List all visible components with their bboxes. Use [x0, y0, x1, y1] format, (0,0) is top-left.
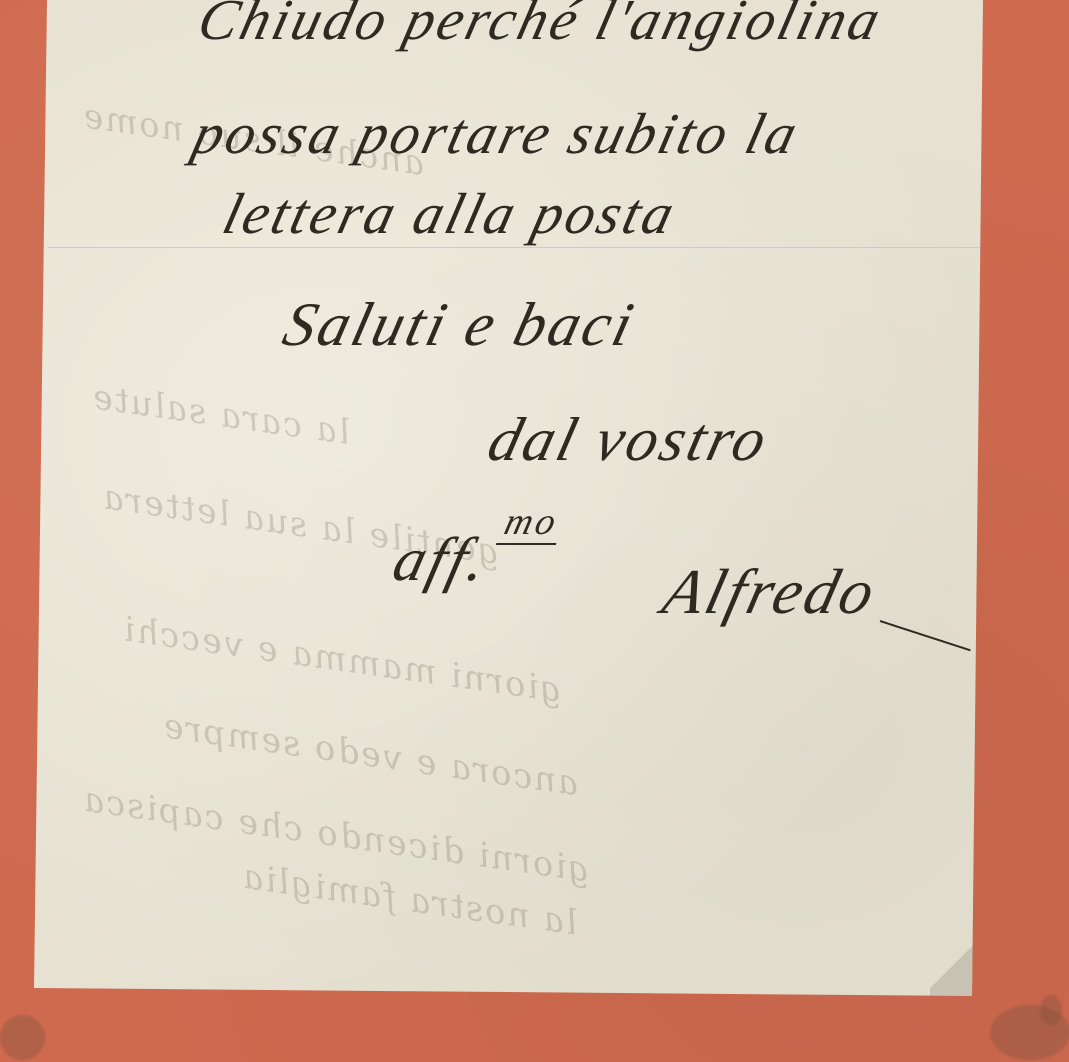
mount-stain	[0, 1015, 45, 1060]
closing-greeting: Saluti e baci	[276, 290, 643, 361]
letter-line-2: possa portare subito la	[187, 100, 807, 167]
signature: Alfredo	[656, 555, 885, 629]
paper-fold-line	[48, 247, 980, 249]
affection-abbrev: aff.	[387, 526, 497, 594]
letter-line-3: lettera alla posta	[217, 180, 684, 247]
closing-from: dal vostro	[481, 405, 776, 476]
bleed-through-line: ancora e vedo sempre	[159, 706, 581, 804]
closing-affection: aff.mo	[386, 525, 557, 596]
paper-corner-fold	[930, 935, 975, 997]
mount-stain	[1040, 995, 1062, 1025]
letter-line-1: Chiudo perché l'angiolina	[192, 0, 890, 53]
affection-superscript: mo	[496, 501, 567, 545]
bleed-through-line: la cara salute	[88, 377, 352, 453]
bleed-through-line: giorni mamma e vecchi	[119, 609, 564, 710]
